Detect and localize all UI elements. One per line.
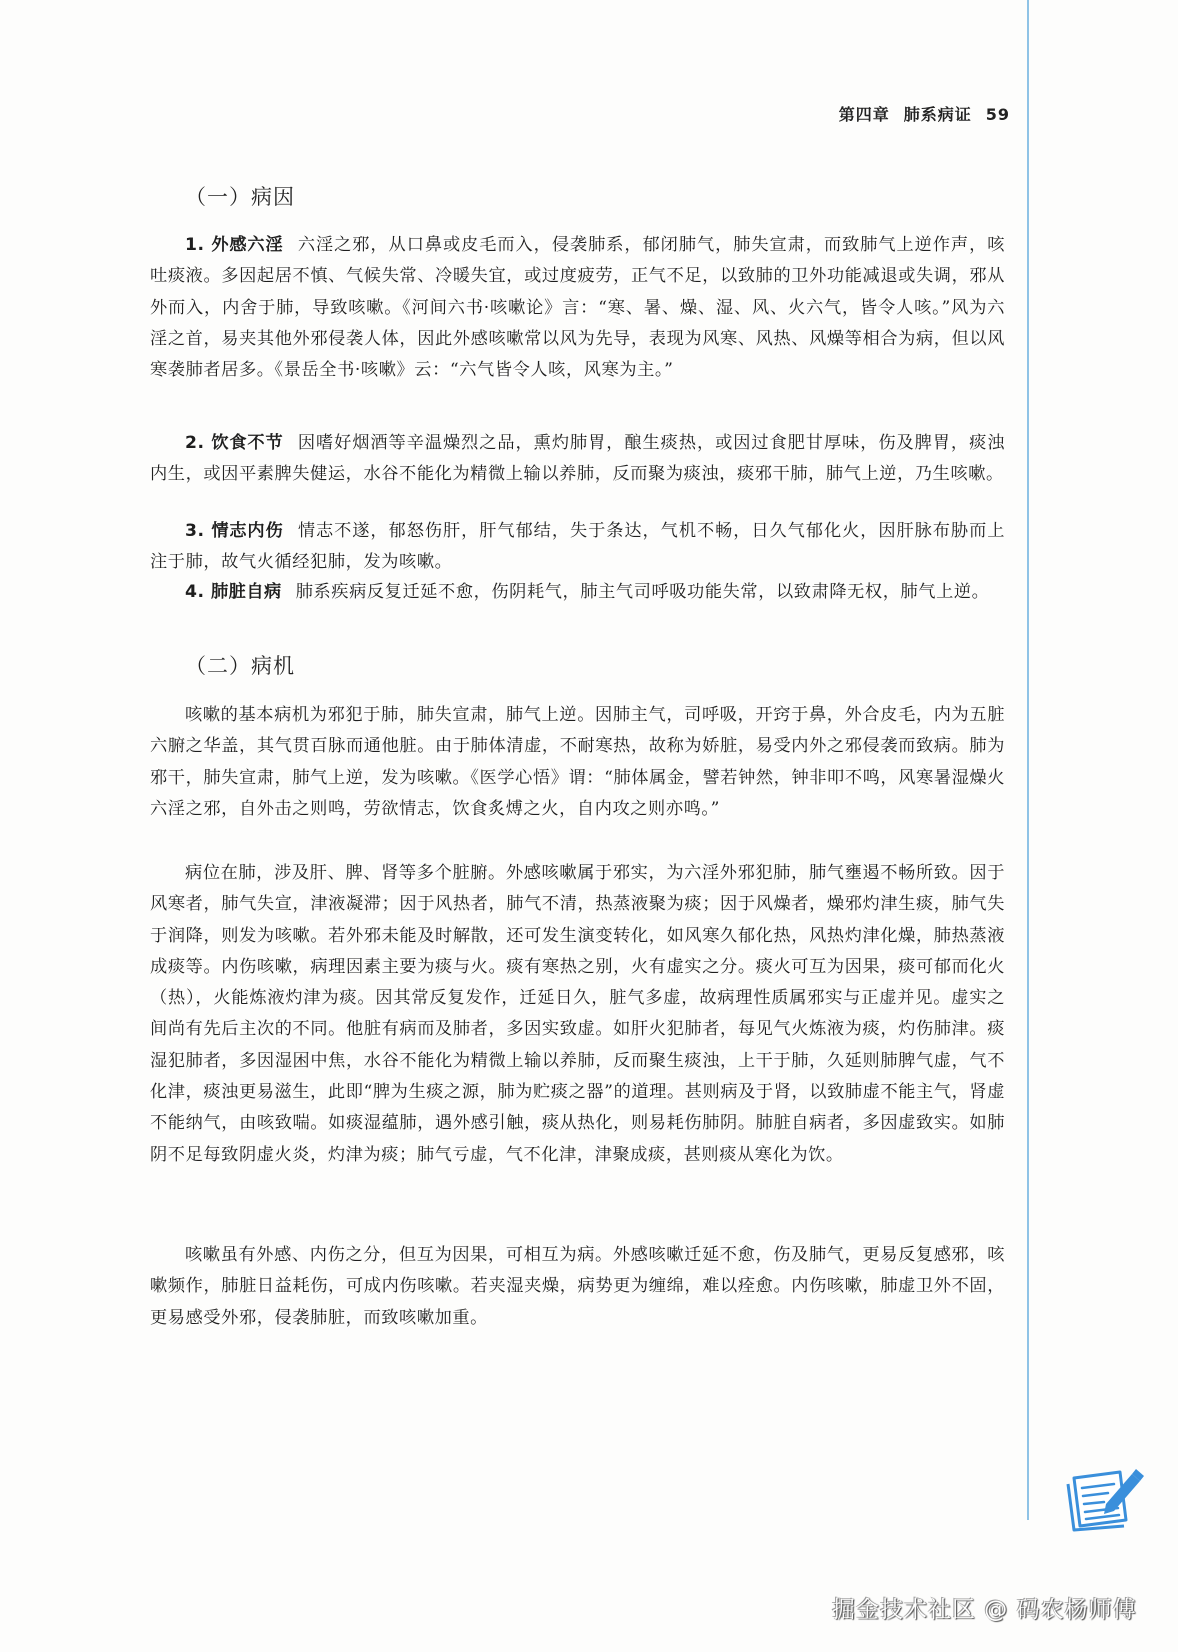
paragraph-lead: 2. 饮食不节 (185, 433, 284, 453)
paragraph-lead: 4. 肺脏自病 (185, 582, 282, 602)
paragraph-basic-pathogenesis: 咳嗽的基本病机为邪犯于肺，肺失宣肃，肺气上逆。因肺主气，司呼吸，开窍于鼻，外合皮… (150, 700, 1005, 825)
chapter-title: 肺系病证 (904, 105, 972, 124)
chapter-label: 第四章 (839, 105, 890, 124)
margin-rule (1027, 0, 1029, 1520)
page-number: 59 (986, 105, 1010, 124)
paragraph-text: 病位在肺，涉及肝、脾、肾等多个脏腑。外感咳嗽属于邪实，为六淫外邪犯肺，肺气壅遏不… (150, 863, 1005, 1165)
paragraph-lead: 3. 情志内伤 (185, 521, 284, 541)
section-title-causes: （一）病因 (185, 181, 295, 211)
paragraph-text: 咳嗽虽有外感、内伤之分，但互为因果，可相互为病。外感咳嗽迁延不愈，伤及肺气，更易… (150, 1245, 1005, 1328)
paragraph-diet: 2. 饮食不节因嗜好烟酒等辛温燥烈之品，熏灼肺胃，酿生痰热，或因过食肥甘厚味，伤… (150, 428, 1005, 491)
paragraph-external-pathogens: 1. 外感六淫六淫之邪，从口鼻或皮毛而入，侵袭肺系，郁闭肺气，肺失宣肃，而致肺气… (150, 230, 1005, 386)
paragraph-lung-disease: 4. 肺脏自病肺系疾病反复迁延不愈，伤阴耗气，肺主气司呼吸功能失常，以致肃降无权… (150, 577, 1005, 608)
running-head: 第四章肺系病证59 (760, 102, 1010, 125)
paragraph-interrelation: 咳嗽虽有外感、内伤之分，但互为因果，可相互为病。外感咳嗽迁延不愈，伤及肺气，更易… (150, 1240, 1005, 1334)
paragraph-disease-location: 病位在肺，涉及肝、脾、肾等多个脏腑。外感咳嗽属于邪实，为六淫外邪犯肺，肺气壅遏不… (150, 858, 1005, 1171)
paragraph-text: 六淫之邪，从口鼻或皮毛而入，侵袭肺系，郁闭肺气，肺失宣肃，而致肺气上逆作声，咳吐… (150, 235, 1005, 380)
paragraph-emotions: 3. 情志内伤情志不遂，郁怒伤肝，肝气郁结，失于条达，气机不畅，日久气郁化火，因… (150, 516, 1005, 579)
notepad-pencil-icon (1062, 1464, 1144, 1544)
paragraph-text: 肺系疾病反复迁延不愈，伤阴耗气，肺主气司呼吸功能失常，以致肃降无权，肺气上逆。 (296, 582, 990, 602)
paragraph-lead: 1. 外感六淫 (185, 235, 284, 255)
watermark: 掘金技术社区 @ 码农杨师傅 (832, 1591, 1137, 1624)
section-title-pathogenesis: （二）病机 (185, 650, 295, 680)
paragraph-text: 咳嗽的基本病机为邪犯于肺，肺失宣肃，肺气上逆。因肺主气，司呼吸，开窍于鼻，外合皮… (150, 705, 1005, 819)
